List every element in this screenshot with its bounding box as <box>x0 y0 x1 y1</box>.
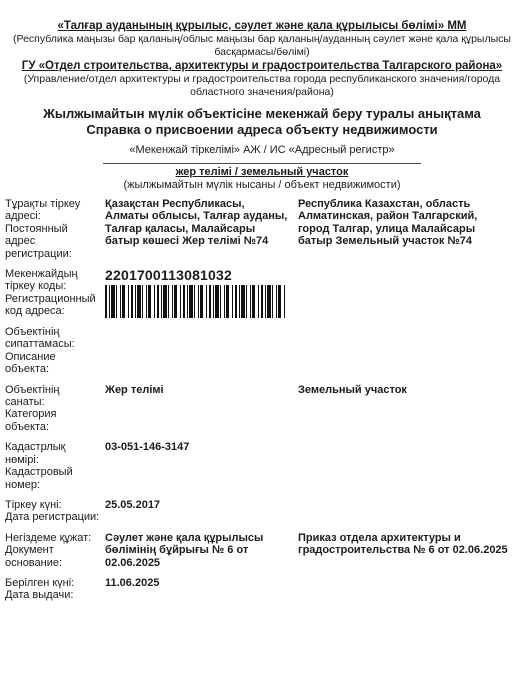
field-value-ru: Приказ отдела архитектуры и градостроите… <box>298 532 519 569</box>
org-desc-kk: (Республика маңызы бар қаланың/облыс маң… <box>5 33 519 59</box>
field-label: Тіркеу күні: Дата регистрации: <box>5 499 105 524</box>
field-value-kk: 25.05.2017 <box>105 499 298 524</box>
fields-table: Тұрақты тіркеу адресі: Постоянный адрес … <box>5 198 519 602</box>
row-object-description: Объектінің сипаттамасы: Описание объекта… <box>5 326 519 376</box>
field-label: Объектінің сипаттамасы: Описание объекта… <box>5 326 105 376</box>
field-label-ru: Дата выдачи: <box>5 589 101 601</box>
row-basis-document: Негіздеме құжат: Документ основание: Сәу… <box>5 532 519 569</box>
field-value-ru <box>298 326 519 376</box>
field-label: Объектінің санаты: Категория объекта: <box>5 384 105 434</box>
row-issue-date: Берілген күні: Дата выдачи: 11.06.2025 <box>5 577 519 602</box>
field-value-kk: Жер телімі <box>105 384 298 434</box>
field-value-kk: 03-051-146-3147 <box>105 441 298 491</box>
field-label: Негіздеме құжат: Документ основание: <box>5 532 105 569</box>
field-label-kk: Тұрақты тіркеу адресі: <box>5 198 101 223</box>
field-value-ru <box>298 577 519 602</box>
field-label-ru: Кадастровый номер: <box>5 466 101 491</box>
field-value-ru <box>298 441 519 491</box>
field-value-ru: Земельный участок <box>298 384 519 434</box>
field-label: Тұрақты тіркеу адресі: Постоянный адрес … <box>5 198 105 260</box>
address-code-value: 2201700113081032 <box>105 268 290 283</box>
field-label: Кадастрлық нөмірі: Кадастровый номер: <box>5 441 105 491</box>
document-title: Жылжымайтын мүлік объектісіне мекенжай б… <box>5 106 519 138</box>
row-permanent-address: Тұрақты тіркеу адресі: Постоянный адрес … <box>5 198 519 260</box>
row-cadastral-number: Кадастрлық нөмірі: Кадастровый номер: 03… <box>5 441 519 491</box>
field-label-kk: Мекенжайдың тіркеу коды: <box>5 268 101 293</box>
org-desc-ru: (Управление/отдел архитектуры и градостр… <box>5 73 519 99</box>
field-value-kk <box>105 326 298 376</box>
document-page: «Талғар ауданының құрылыс, сәулет және қ… <box>0 0 524 602</box>
field-label-ru: Категория объекта: <box>5 408 101 433</box>
field-label-ru: Дата регистрации: <box>5 511 101 523</box>
field-label-ru: Описание объекта: <box>5 351 101 376</box>
document-header: «Талғар ауданының құрылыс, сәулет және қ… <box>5 19 519 99</box>
separator-line <box>103 163 421 164</box>
field-value-kk: 2201700113081032 <box>105 268 298 318</box>
row-registration-date: Тіркеу күні: Дата регистрации: 25.05.201… <box>5 499 519 524</box>
field-label-ru: Постоянный адрес регистрации: <box>5 223 101 260</box>
document-title-ru: Справка о присвоении адреса объекту недв… <box>5 122 519 138</box>
object-type-subtitle: (жылжымайтын мүлік нысаны / объект недви… <box>5 179 519 192</box>
field-label-kk: Объектінің санаты: <box>5 384 101 409</box>
field-label-kk: Кадастрлық нөмірі: <box>5 441 101 466</box>
field-label-kk: Берілген күні: <box>5 577 101 589</box>
field-label: Мекенжайдың тіркеу коды: Регистрационный… <box>5 268 105 318</box>
field-label: Берілген күні: Дата выдачи: <box>5 577 105 602</box>
system-name: «Мекенжай тіркелімі» АЖ / ИС «Адресный р… <box>5 144 519 157</box>
field-value-ru: Республика Казахстан, область Алматинска… <box>298 198 519 260</box>
field-value-ru <box>298 499 519 524</box>
field-value-kk: Қазақстан Республикасы, Алматы облысы, Т… <box>105 198 298 260</box>
org-name-kk: «Талғар ауданының құрылыс, сәулет және қ… <box>5 19 519 33</box>
address-barcode <box>105 285 287 318</box>
field-label-ru: Документ основание: <box>5 544 101 569</box>
field-label-ru: Регистрационный код адреса: <box>5 293 101 318</box>
document-title-kk: Жылжымайтын мүлік объектісіне мекенжай б… <box>5 106 519 122</box>
row-object-category: Объектінің санаты: Категория объекта: Же… <box>5 384 519 434</box>
object-type: жер телімі / земельный участок <box>5 166 519 179</box>
field-value-kk: 11.06.2025 <box>105 577 298 602</box>
field-label-kk: Тіркеу күні: <box>5 499 101 511</box>
field-label-kk: Объектінің сипаттамасы: <box>5 326 101 351</box>
row-registration-code: Мекенжайдың тіркеу коды: Регистрационный… <box>5 268 519 318</box>
field-value-kk: Сәулет және қала құрылысы бөлімінің бұйр… <box>105 532 298 569</box>
field-label-kk: Негіздеме құжат: <box>5 532 101 544</box>
org-name-ru: ГУ «Отдел строительства, архитектуры и г… <box>5 59 519 73</box>
field-value-ru <box>298 268 519 318</box>
